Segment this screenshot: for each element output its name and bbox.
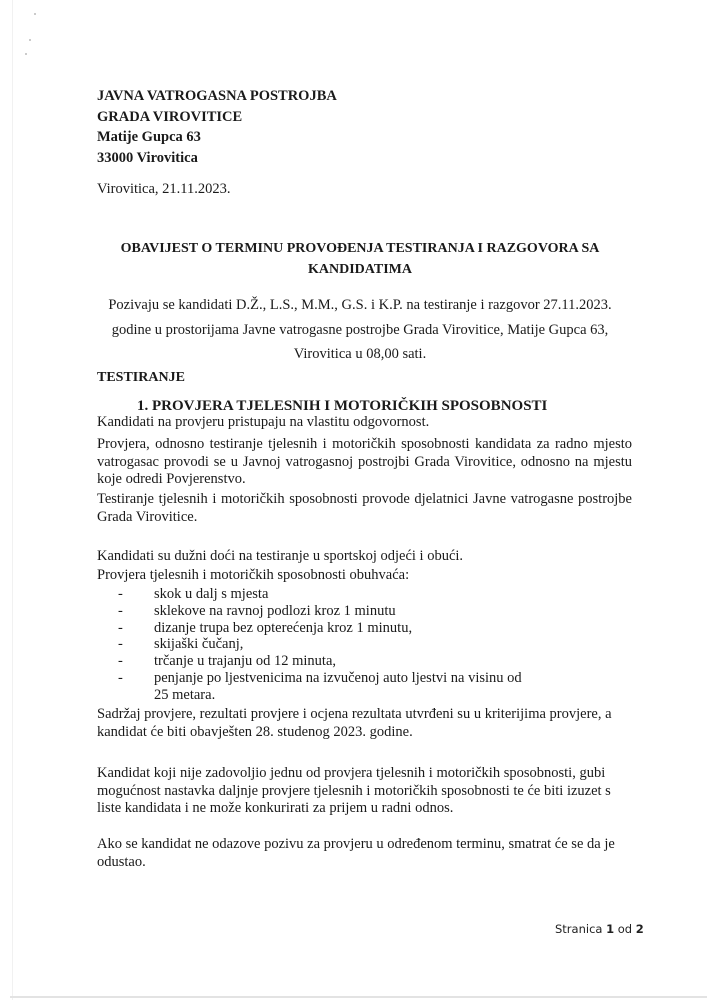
list-item: -skijaški čučanj, xyxy=(97,636,637,653)
org-name-line2: GRADA VIROVITICE xyxy=(97,107,337,128)
paragraph-disqualification: Kandidat koji nije zadovoljio jednu od p… xyxy=(97,765,632,818)
current-page-number: 1 xyxy=(606,922,614,936)
paragraph-testing-staff: Testiranje tjelesnih i motoričkih sposob… xyxy=(97,491,632,526)
bullet-dash: - xyxy=(118,653,123,670)
invitation-line: godine u prostorijama Javne vatrogasne p… xyxy=(90,318,630,343)
page-number: Stranica 1 od 2 xyxy=(555,922,644,936)
org-name-line1: JAVNA VATROGASNA POSTROJBA xyxy=(97,86,337,107)
paragraph-results: Sadržaj provjere, rezultati provjere i o… xyxy=(97,706,632,741)
bullet-dash: - xyxy=(118,586,123,603)
list-item: -trčanje u trajanju od 12 minuta, xyxy=(97,653,637,670)
invitation-line: Virovitica u 08,00 sati. xyxy=(90,342,630,367)
scan-speck xyxy=(29,39,31,41)
total-pages-number: 2 xyxy=(636,922,644,936)
letterhead: JAVNA VATROGASNA POSTROJBA GRADA VIROVIT… xyxy=(97,86,337,168)
scan-speck xyxy=(34,13,36,15)
list-item: -sklekove na ravnoj podlozi kroz 1 minut… xyxy=(97,603,637,620)
test-items-list: -skok u dalj s mjesta -sklekove na ravno… xyxy=(97,586,637,704)
org-address: Matije Gupca 63 xyxy=(97,127,337,148)
scan-bottom-line xyxy=(10,996,707,998)
document-page: JAVNA VATROGASNA POSTROJBA GRADA VIROVIT… xyxy=(0,0,707,1000)
paragraph-testing-location: Provjera, odnosno testiranje tjelesnih i… xyxy=(97,436,632,489)
bullet-dash: - xyxy=(118,670,123,687)
list-item: -skok u dalj s mjesta xyxy=(97,586,637,603)
invitation-paragraph: Pozivaju se kandidati D.Ž., L.S., M.M., … xyxy=(90,293,630,367)
bullet-dash: - xyxy=(118,603,123,620)
document-date: Virovitica, 21.11.2023. xyxy=(97,181,231,198)
paragraph-responsibility: Kandidati na provjeru pristupaju na vlas… xyxy=(97,414,632,432)
scan-edge-line xyxy=(12,0,13,1000)
paragraph-includes: Provjera tjelesnih i motoričkih sposobno… xyxy=(97,567,632,585)
list-item: -penjanje po ljestvenicima na izvučenoj … xyxy=(97,670,637,704)
bullet-dash: - xyxy=(118,620,123,637)
paragraph-no-show: Ako se kandidat ne odazove pozivu za pro… xyxy=(97,836,632,871)
list-item: -dizanje trupa bez opterećenja kroz 1 mi… xyxy=(97,620,637,637)
invitation-line: Pozivaju se kandidati D.Ž., L.S., M.M., … xyxy=(90,293,630,318)
section-heading: TESTIRANJE xyxy=(97,370,185,386)
document-title: OBAVIJEST O TERMINU PROVOĐENJA TESTIRANJ… xyxy=(90,238,630,280)
scan-speck xyxy=(25,53,27,55)
org-city: 33000 Virovitica xyxy=(97,148,337,169)
paragraph-attire: Kandidati su dužni doći na testiranje u … xyxy=(97,548,632,566)
sub-heading: 1. PROVJERA TJELESNIH I MOTORIČKIH SPOSO… xyxy=(137,398,547,415)
bullet-dash: - xyxy=(118,636,123,653)
